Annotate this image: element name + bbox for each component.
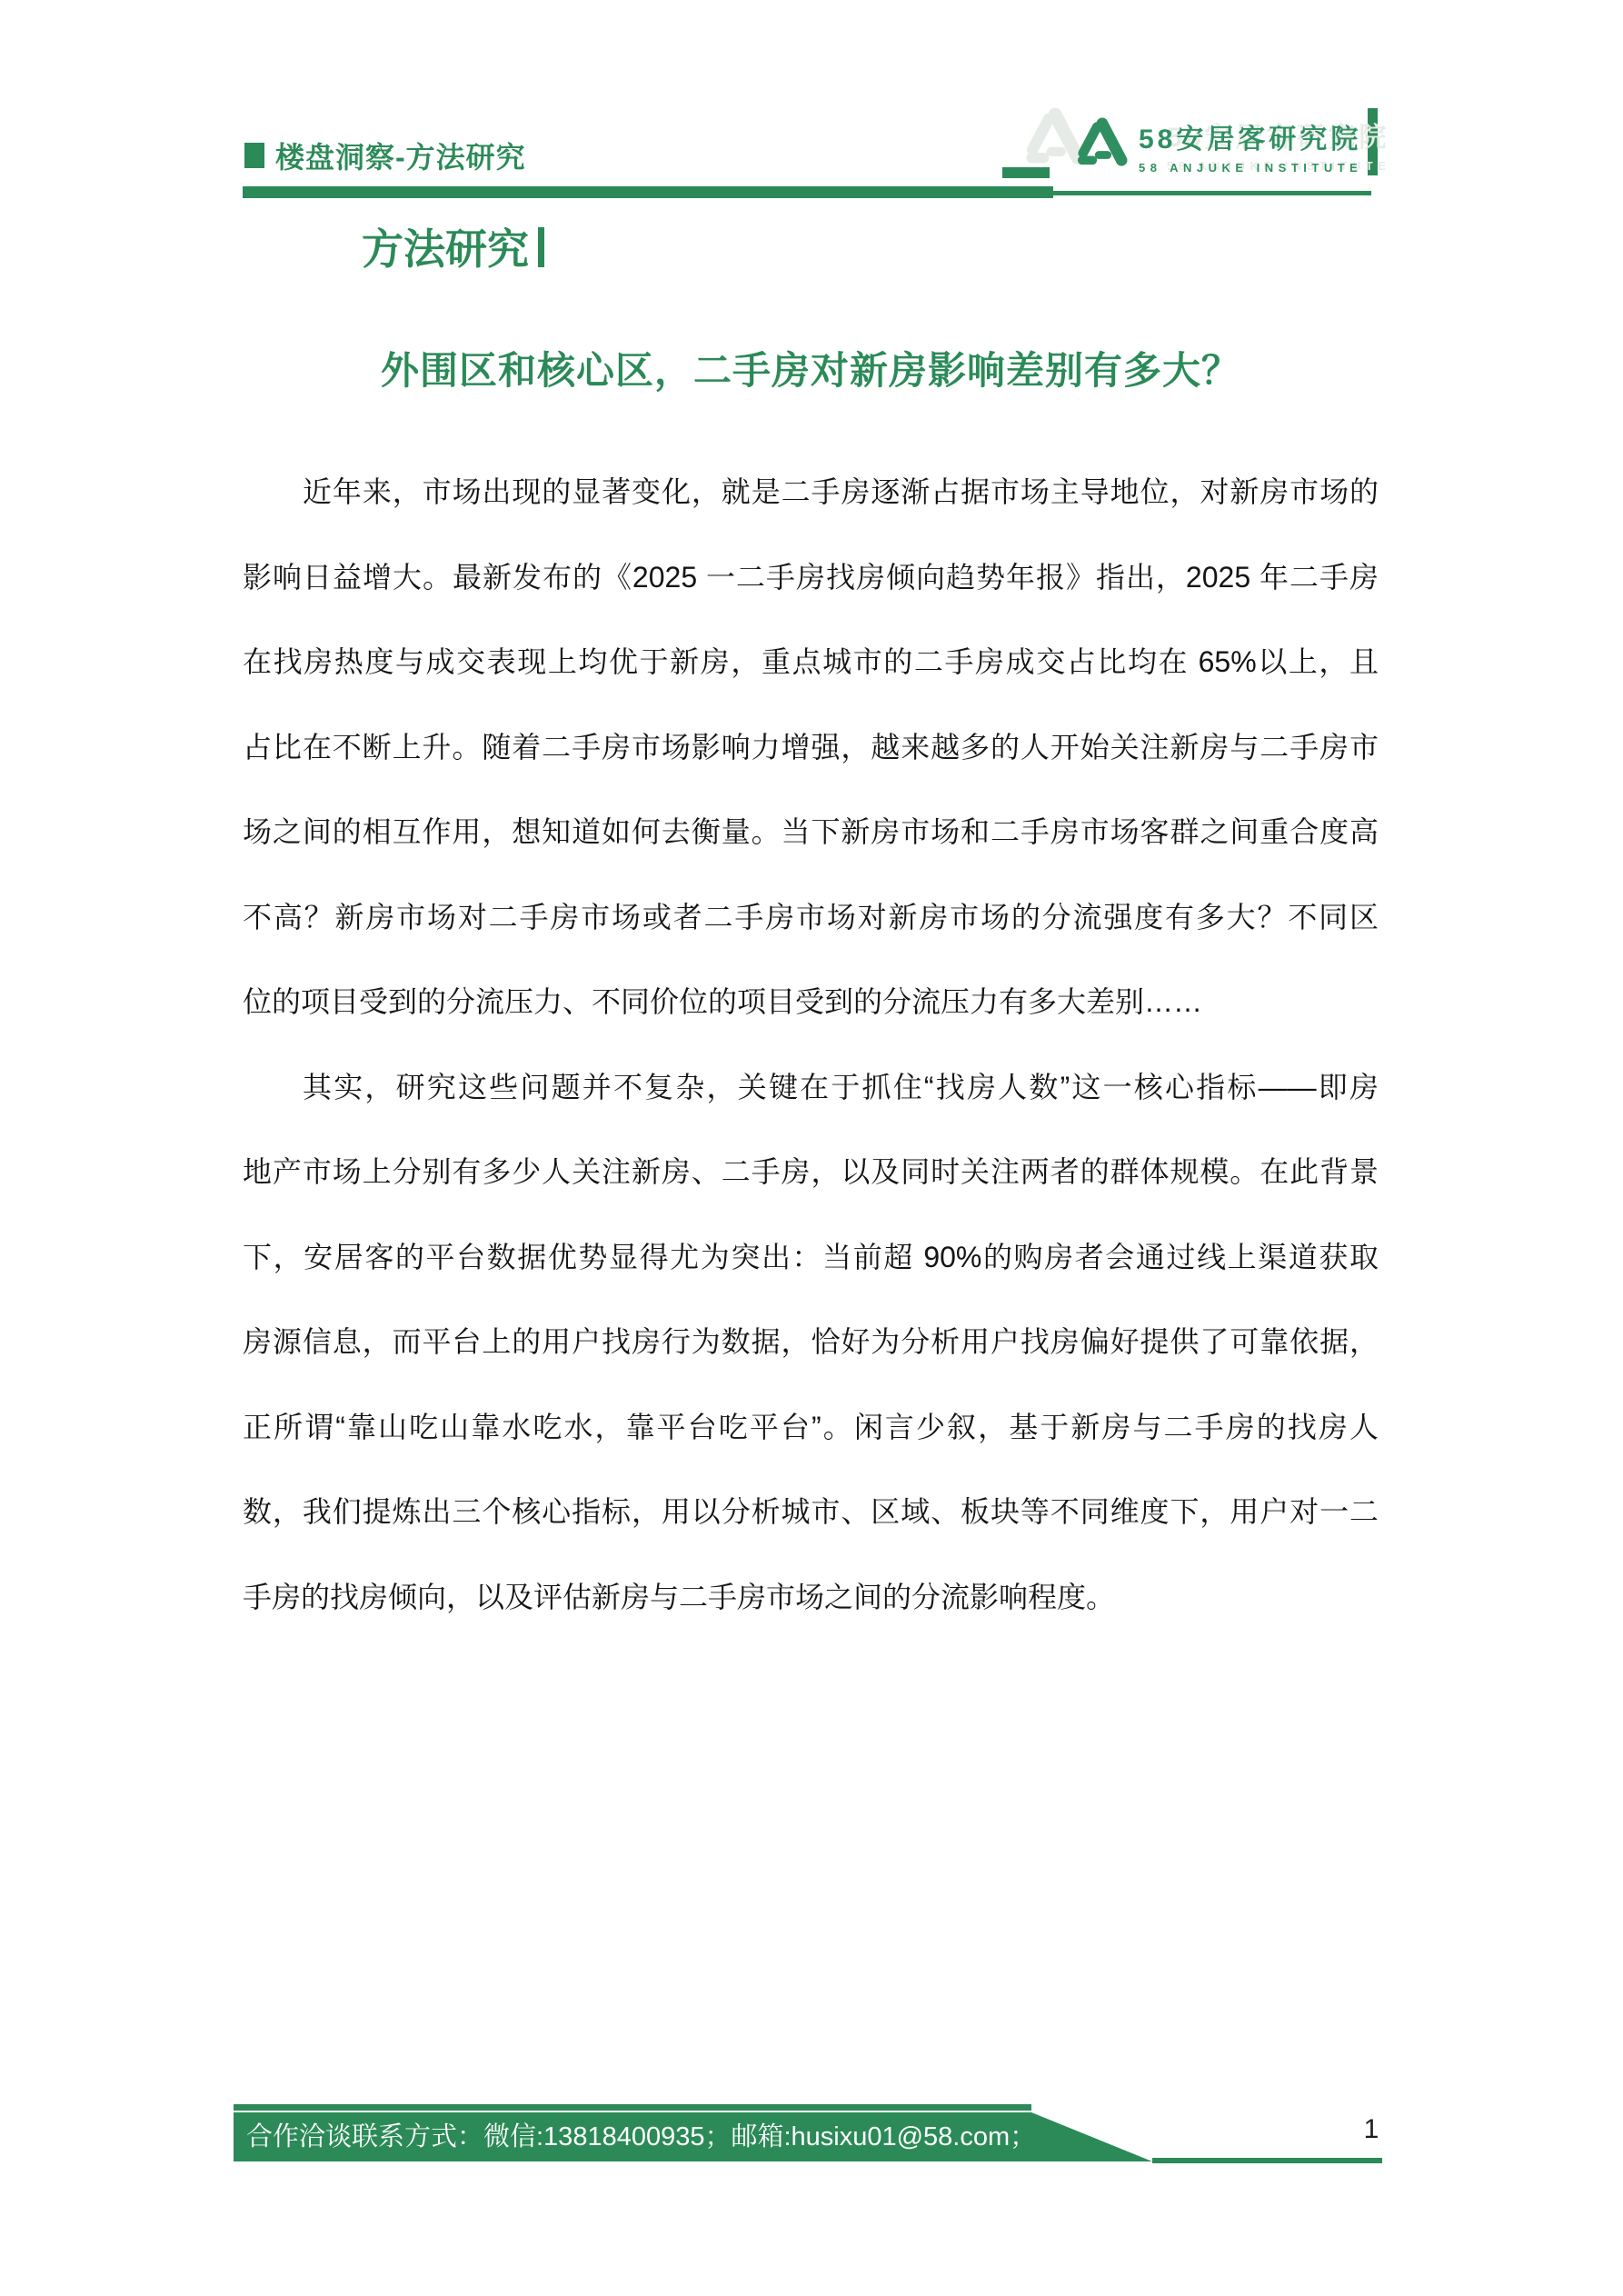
article-body: 近年来，市场出现的显著变化，就是二手房逐渐占据市场主导地位，对新房市场的 影响日… [243,450,1379,1640]
body-line: 房源信息，而平台上的用户找房行为数据，恰好为分析用户找房偏好提供了可靠依据， [243,1300,1379,1385]
footer-band: 合作洽谈联系方式：微信:13818400935；邮箱:husixu01@58.c… [234,2112,1152,2161]
page-number: 1 [1356,2114,1387,2145]
body-line: 地产市场上分别有多少人关注新房、二手房，以及同时关注两者的群体规模。在此背景 [243,1130,1379,1215]
body-line: 其实，研究这些问题并不复杂，关键在于抓住“找房人数”这一核心指标——即房 [243,1045,1379,1131]
body-line: 影响日益增大。最新发布的《2025 一二手房找房倾向趋势年报》指出，2025 年… [243,535,1379,621]
body-line: 手房的找房倾向，以及评估新房与二手房市场之间的分流影响程度。 [243,1555,1379,1641]
body-line: 场之间的相互作用，想知道如何去衡量。当下新房市场和二手房市场客群之间重合度高 [243,790,1379,875]
header-rule-thick [243,186,1053,198]
header-section-title: 楼盘洞察-方法研究 [275,135,526,176]
body-line: 正所谓“靠山吃山靠水吃水，靠平台吃平台”。闲言少叙，基于新房与二手房的找房人 [243,1385,1379,1471]
anjuke-logo-text: 58安居客研究院 58 ANJUKE INSTITUTE [1139,116,1362,175]
document-page: 楼盘洞察-方法研究 58安居客研究院 58 ANJUKE INSTITUTE [0,0,1623,2296]
body-line: 近年来，市场出现的显著变化，就是二手房逐渐占据市场主导地位，对新房市场的 [243,450,1379,535]
anjuke-logo-icon [1075,117,1128,173]
body-line: 数，我们提炼出三个核心指标，用以分析城市、区域、板块等不同维度下，用户对一二 [243,1470,1379,1555]
body-line: 占比在不断上升。随着二手房市场影响力增强，越来越多的人开始关注新房与二手房市 [243,705,1379,791]
footer-rule-bottom [1152,2158,1382,2163]
footer-rule-top [234,2104,1031,2111]
body-line: 不高？新房市场对二手房市场或者二手房市场对新房市场的分流强度有多大？不同区 [243,875,1379,961]
article-kicker: 方法研究 [362,216,544,276]
footer-contact: 合作洽谈联系方式：微信:13818400935；邮箱:husixu01@58.c… [246,2122,1036,2151]
body-line: 下，安居客的平台数据优势显得尤为突出：当前超 90%的购房者会通过线上渠道获取 [243,1215,1379,1301]
body-line: 位的项目受到的分流压力、不同价位的项目受到的分流压力有多大差别…… [243,960,1379,1045]
header-rule-thin [1053,191,1371,195]
section-marker-square [244,143,264,168]
logo-name-en: 58 ANJUKE INSTITUTE [1139,161,1362,175]
article-title: 外围区和核心区，二手房对新房影响差别有多大？ [243,341,1379,395]
body-line: 在找房热度与成交表现上均优于新房，重点城市的二手房成交占比均在 65%以上，且 [243,620,1379,705]
logo-name-cn: 58安居客研究院 [1139,116,1362,156]
